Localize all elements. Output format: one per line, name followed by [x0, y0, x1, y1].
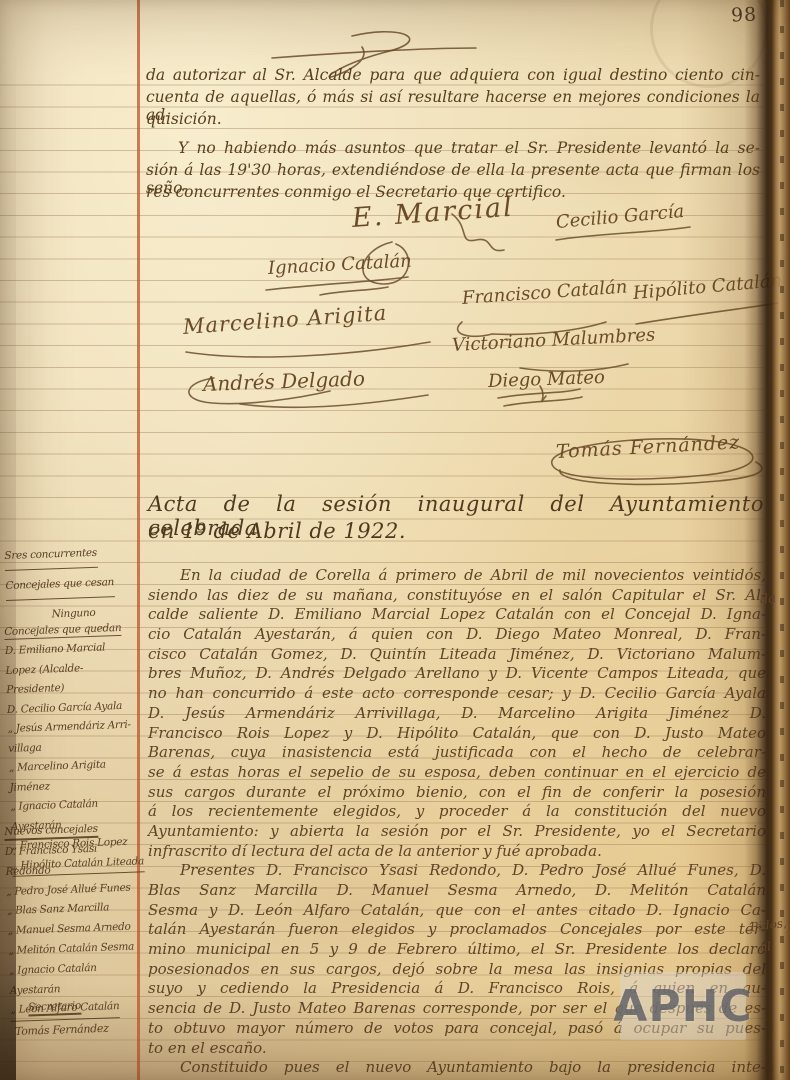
handwritten-line: cuenta de aquellas, ó más si así resulta…	[146, 88, 760, 110]
handwritten-line: Barenas, cuya inasistencia está justific…	[148, 743, 766, 763]
session-title-line2: en 1º de Abril de 1922.	[148, 519, 406, 543]
margin-title: Secretario	[28, 1000, 81, 1017]
page-number: 98	[731, 4, 758, 27]
manuscript-page: 98 da autorizar al Sr. Alcalde para que …	[0, 0, 790, 1080]
top-separator-flourish	[272, 48, 476, 58]
binding-shadow	[0, 0, 16, 1080]
handwritten-line: Blas Sanz Marcilla D. Manuel Sesma Arned…	[148, 881, 766, 901]
margin-section-concurrentes: Sres concurrentes Concejales que cesan N…	[4, 538, 141, 629]
handwritten-line: se á estas horas el sepelio de su esposa…	[148, 763, 766, 783]
continued-paragraph: da autorizar al Sr. Alcalde para que adq…	[146, 66, 760, 131]
next-page-text-fragment: da	[759, 591, 777, 608]
handwritten-line: no han concurrido á este acto correspond…	[148, 684, 766, 704]
handwritten-line: á los recientemente elegidos, y proceder…	[148, 802, 766, 822]
margin-name: Lopez (Alcalde-Presidente)	[5, 657, 140, 701]
handwritten-line: Sesma y D. León Alfaro Catalán, que con …	[148, 901, 766, 921]
margin-section-secretario: Secretario Tomás Fernández	[14, 997, 149, 1038]
margin-title: Nuevos concejales	[4, 823, 98, 841]
handwritten-line: quisición.	[146, 110, 760, 132]
handwritten-line: bres Muñoz, D. Andrés Delgado Arellano y…	[148, 664, 766, 684]
handwritten-line: Constituido pues el nuevo Ayuntamiento b…	[148, 1058, 766, 1078]
margin-name-list: D. Francisco Ysasi Redondo„ Pedro José A…	[5, 838, 145, 1022]
margin-section-nuevos-concejales: Nuevos concejales D. Francisco Ysasi Red…	[4, 821, 145, 1022]
margin-name: D. Francisco Ysasi Redondo	[5, 838, 140, 882]
handwritten-line: Francisco Rois Lopez y D. Hipólito Catal…	[148, 724, 766, 744]
handwritten-line: da autorizar al Sr. Alcalde para que adq…	[146, 66, 760, 88]
handwritten-line: Y no habiendo más asuntos que tratar el …	[146, 139, 760, 161]
handwritten-line: D. Jesús Armendáriz Arrivillaga, D. Marc…	[148, 704, 766, 724]
handwritten-line: Presentes D. Francisco Ysasi Redondo, D.…	[148, 861, 766, 881]
archive-watermark: APHC	[620, 972, 746, 1040]
signature-diego-mateo: Diego Mateo	[488, 367, 605, 392]
handwritten-line: sus cargos durante el próximo bienio, co…	[148, 783, 766, 803]
margin-title: Sres concurrentes	[4, 540, 97, 571]
handwritten-line: siendo las diez de su mañana, constituyó…	[148, 586, 766, 606]
handwritten-line: infrascrito dí lectura del acta de la an…	[148, 842, 766, 862]
handwritten-line: sión á las 19'30 horas, extendiéndose de…	[146, 161, 760, 183]
margin-subtitle: Concejales que cesan	[5, 569, 114, 601]
handwritten-line: cisco Catalán Gomez, D. Quintín Liteada …	[148, 645, 766, 665]
handwritten-line: talán Ayestarán fueron elegidos y procla…	[148, 920, 766, 940]
handwritten-line: to en el escaño.	[148, 1039, 766, 1059]
handwritten-line: En la ciudad de Corella á primero de Abr…	[148, 566, 766, 586]
margin-title: Concejales que quedan	[4, 622, 122, 640]
margin-name: „ Ignacio Catalán Ayestarán	[9, 957, 144, 1001]
handwritten-line: Ayuntamiento: y abierta la sesión por el…	[148, 822, 766, 842]
next-page-text-fragment: al	[759, 939, 772, 954]
handwritten-line: cio Catalán Ayestarán, á quien con D. Di…	[148, 625, 766, 645]
closing-paragraph: Y no habiendo más asuntos que tratar el …	[146, 139, 760, 204]
handwritten-line: mino municipal en 5 y 9 de Febrero últim…	[148, 940, 766, 960]
handwritten-line: calde saliente D. Emiliano Marcial Lopez…	[148, 605, 766, 625]
margin-name: „ Marcelino Arigita Jiménez	[9, 754, 144, 798]
